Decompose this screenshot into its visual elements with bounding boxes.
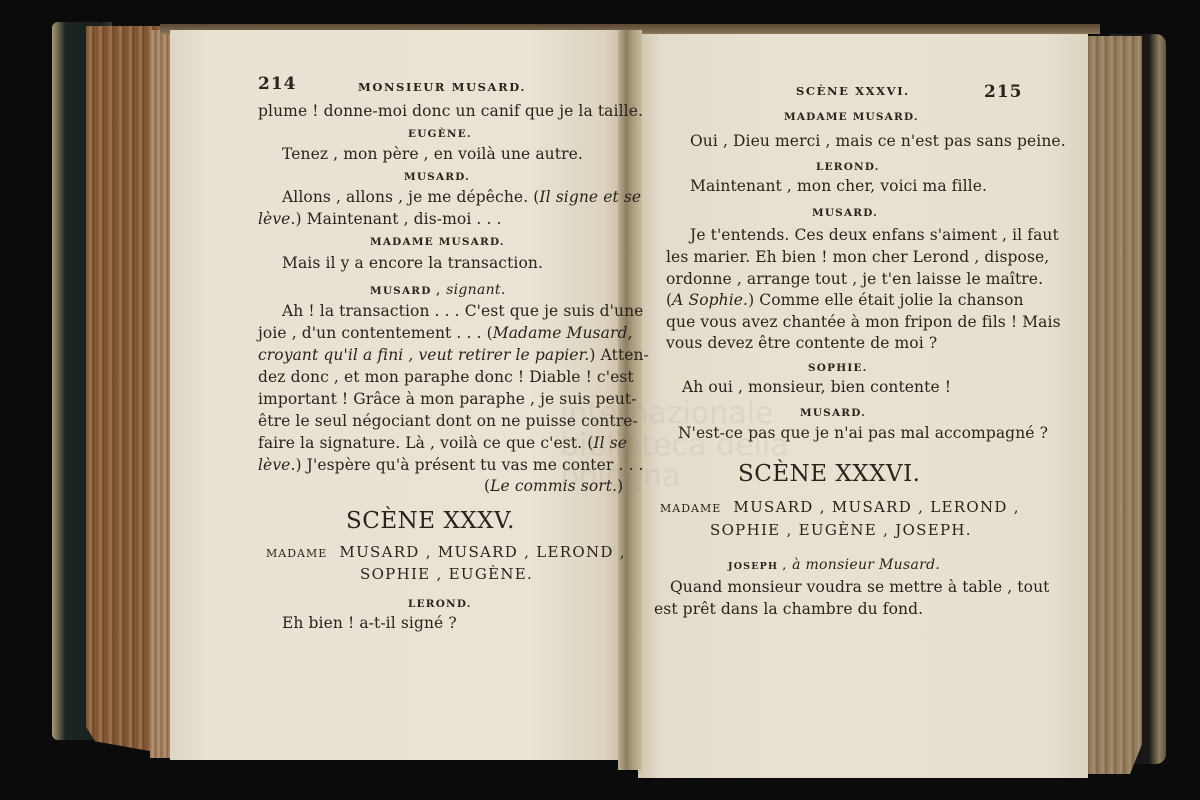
running-head: SCÈNE XXXVI.: [796, 86, 910, 98]
text-line: Je t'entends. Ces deux enfans s'aiment ,…: [690, 228, 1010, 244]
text-line: plume ! donne-moi donc un canif que je l…: [258, 104, 643, 120]
text-line: joie , d'un contentement . . . (Madame M…: [258, 326, 600, 342]
text-line: Ah oui , monsieur, bien contente !: [682, 380, 951, 396]
speaker-name: LEROND.: [816, 162, 880, 173]
text-line: Maintenant , mon cher, voici ma fille.: [690, 179, 987, 195]
text-line: croyant qu'il a fini , veut retirer le p…: [258, 348, 600, 364]
page-edges-right: [1082, 36, 1142, 774]
speaker-name: SOPHIE.: [808, 363, 868, 374]
page-number: 215: [984, 84, 1023, 101]
text-line: les marier. Eh bien ! mon cher Lerond , …: [666, 250, 1010, 266]
scene-title: SCÈNE XXXV.: [346, 510, 515, 533]
speaker-name: EUGÈNE.: [408, 129, 472, 140]
text-line: N'est-ce pas que je n'ai pas mal accompa…: [678, 426, 1048, 442]
text-span: Allons , allons , je me dépêche. (: [282, 188, 539, 206]
text-span: Ah ! la transaction . . . C'est que je s…: [282, 304, 600, 320]
text-span: ): [617, 477, 623, 495]
text-line: être le seul négociant dont on ne puisse…: [258, 414, 600, 430]
speaker-span: JOSEPH ,: [728, 561, 787, 572]
stage-direction: Madame Musard,: [493, 324, 633, 342]
cast-list: SOPHIE , EUGÈNE , JOSEPH.: [710, 523, 972, 538]
text-span: que vous avez chantée à mon fripon de fi…: [666, 315, 1010, 331]
stage-direction: lève.: [258, 456, 296, 474]
running-head: MONSIEUR MUSARD.: [358, 82, 526, 94]
cast-names: MUSARD , MUSARD , LEROND ,: [733, 498, 1019, 516]
stage-direction: Le commis sort.: [490, 477, 617, 495]
text-span: ) Comme elle était jolie la chanson: [748, 291, 1024, 309]
speaker-name: MUSARD.: [812, 208, 878, 219]
speaker-name: MUSARD.: [404, 172, 470, 183]
stage-direction: à monsieur Musard.: [792, 557, 940, 573]
text-line: Oui , Dieu merci , mais ce n'est pas san…: [690, 134, 1066, 150]
text-span: joie , d'un contentement . . . (: [258, 324, 493, 342]
text-line: est prêt dans la chambre du fond.: [654, 602, 923, 618]
cast-list: Madame MUSARD , MUSARD , LEROND ,: [660, 500, 1020, 515]
cast-prefix: Madame: [266, 547, 327, 560]
text-line: dez donc , et mon paraphe donc ! Diable …: [258, 370, 600, 386]
speaker-name: MADAME MUSARD.: [370, 237, 505, 248]
scene-title: SCÈNE XXXVI.: [738, 463, 921, 486]
text-span: faire la signature. Là , voilà ce que c'…: [258, 436, 600, 452]
text-line: que vous avez chantée à mon fripon de fi…: [666, 315, 1010, 331]
stage-direction: Il se: [593, 434, 627, 452]
text-span: ) J'espère qu'à présent tu vas me conter…: [296, 456, 644, 474]
text-line: Ah ! la transaction . . . C'est que je s…: [282, 304, 600, 320]
text-span: dez donc , et mon paraphe donc ! Diable …: [258, 370, 600, 386]
cast-list: SOPHIE , EUGÈNE.: [360, 567, 533, 582]
text-span: ordonne , arrange tout , je t'en laisse …: [666, 272, 1010, 288]
text-line: Mais il y a encore la transaction.: [282, 256, 543, 272]
text-span: les marier. Eh bien ! mon cher Lerond , …: [666, 250, 1010, 266]
stage-direction-line: (Le commis sort.): [484, 479, 623, 495]
text-span: croyant qu'il a fini , veut retirer le p…: [258, 348, 600, 364]
text-span: être le seul négociant dont on ne puisse…: [258, 414, 600, 430]
speaker-name: MUSARD , signant.: [370, 283, 506, 297]
cast-list: Madame MUSARD , MUSARD , LEROND ,: [266, 545, 626, 560]
speaker-name: LEROND.: [408, 599, 472, 610]
stage-direction: A Sophie.: [672, 291, 748, 309]
text-span: ) Atten-: [589, 346, 649, 364]
text-span: important ! Grâce à mon paraphe , je sui…: [258, 392, 600, 408]
text-span: (A Sophie.) Comme elle était jolie la ch…: [666, 293, 1010, 309]
speaker-name: JOSEPH , à monsieur Musard.: [728, 558, 940, 572]
text-line: ordonne , arrange tout , je t'en laisse …: [666, 272, 1010, 288]
speaker-name: MADAME MUSARD.: [784, 112, 919, 123]
text-line: lève.) J'espère qu'à présent tu vas me c…: [258, 458, 600, 474]
text-span: Je t'entends. Ces deux enfans s'aiment ,…: [690, 228, 1010, 244]
text-line: (A Sophie.) Comme elle était jolie la ch…: [666, 293, 1010, 309]
cast-names: MUSARD , MUSARD , LEROND ,: [339, 543, 625, 561]
text-span: lève.) J'espère qu'à présent tu vas me c…: [258, 458, 600, 474]
text-line: faire la signature. Là , voilà ce que c'…: [258, 436, 600, 452]
page-number: 214: [258, 76, 297, 93]
text-span: ) Maintenant , dis-moi . . .: [296, 210, 502, 228]
text-line: Tenez , mon père , en voilà une autre.: [282, 147, 583, 163]
text-line: Quand monsieur voudra se mettre à table …: [670, 580, 992, 596]
speaker-span: MUSARD ,: [370, 285, 441, 297]
stage-direction: signant.: [446, 282, 505, 298]
stage-direction: croyant qu'il a fini , veut retirer le p…: [258, 346, 589, 364]
stage-direction: lève.: [258, 210, 296, 228]
text-line: lève.) Maintenant , dis-moi . . .: [258, 212, 502, 228]
stage-direction: Il signe et se: [539, 188, 641, 206]
text-span: Quand monsieur voudra se mettre à table …: [670, 580, 992, 596]
text-line: vous devez être contente de moi ?: [666, 336, 937, 352]
text-line: Allons , allons , je me dépêche. (Il sig…: [282, 190, 641, 206]
text-line: important ! Grâce à mon paraphe , je sui…: [258, 392, 600, 408]
text-span: faire la signature. Là , voilà ce que c'…: [258, 434, 593, 452]
text-line: Eh bien ! a-t-il signé ?: [282, 616, 457, 632]
text-span: joie , d'un contentement . . . (Madame M…: [258, 326, 600, 342]
cast-prefix: Madame: [660, 502, 721, 515]
speaker-name: MUSARD.: [800, 408, 866, 419]
